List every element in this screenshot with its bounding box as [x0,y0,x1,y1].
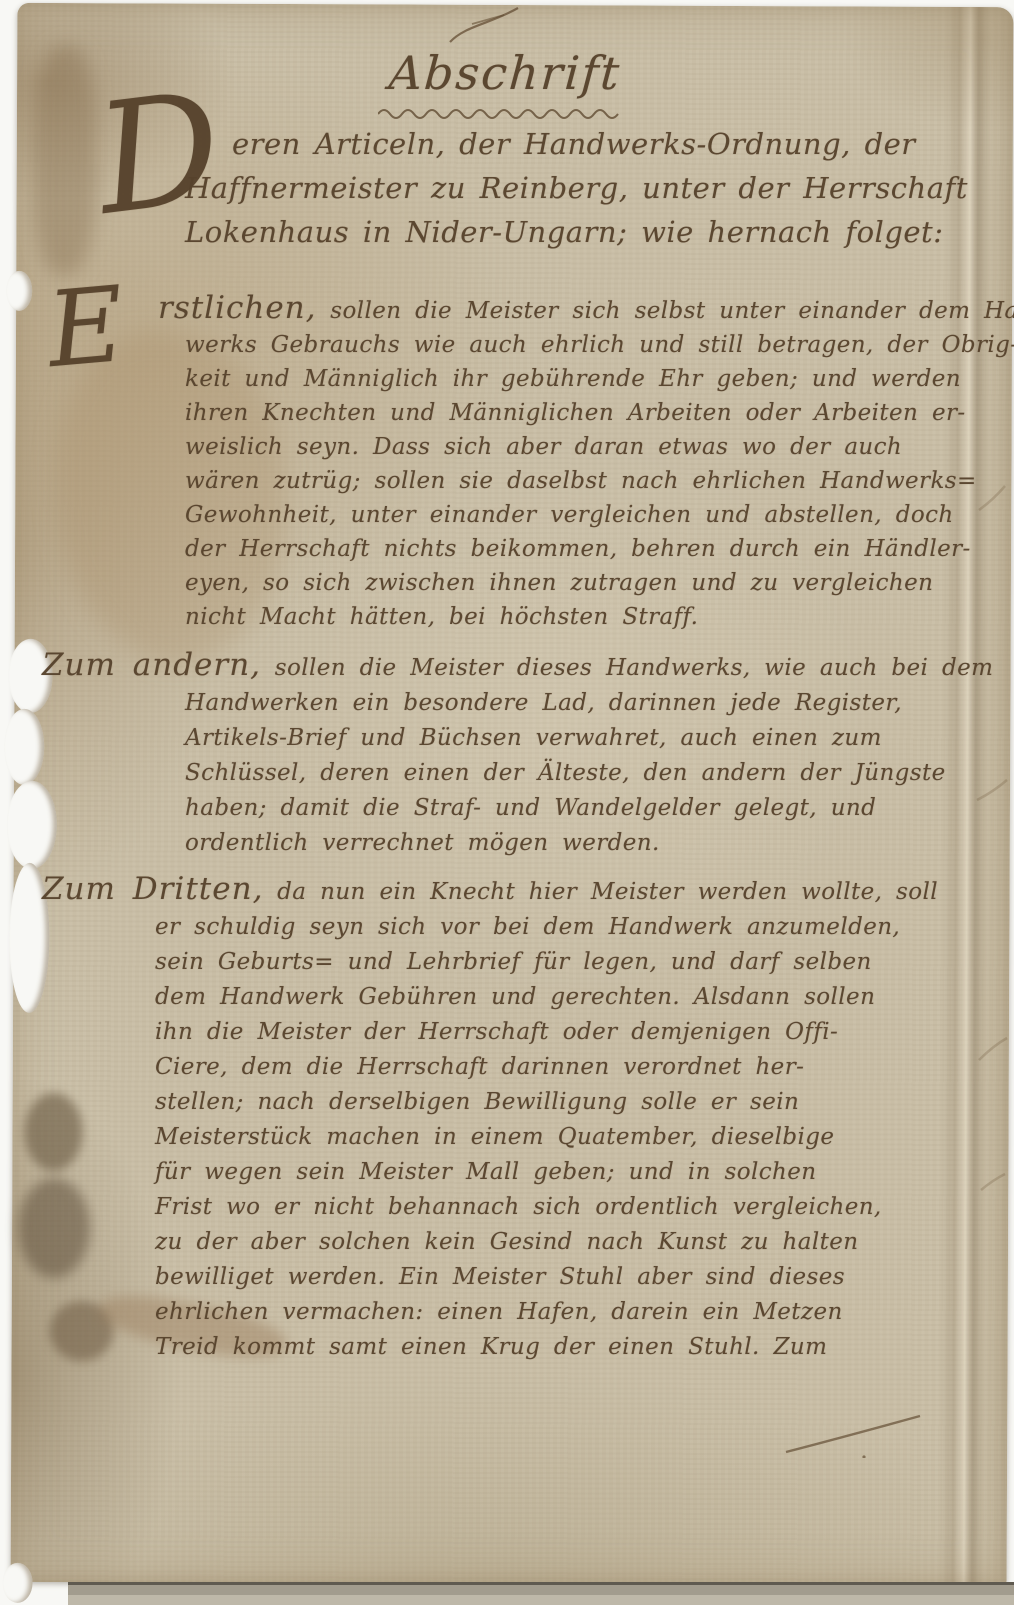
heading-line: eren Articeln, der Handwerks-Ordnung, de… [100,122,980,166]
text-line: eyen, so sich zwischen ihnen zutragen un… [60,566,960,600]
text-line: ordentlich verrechnet mögen werden. [42,826,972,861]
text-line: nicht Macht hätten, bei höchsten Straff. [60,600,960,634]
text-line: Artikels-Brief und Büchsen verwahret, au… [42,721,972,756]
text-line: sein Geburts= und Lehrbrief für legen, u… [42,945,972,980]
text-line: er schuldig seyn sich vor bei dem Handwe… [42,910,972,945]
text-line: sollen die Meister sich selbst unter ein… [330,298,1014,324]
paragraph-erstlichen: E rstlichen, sollen die Meister sich sel… [60,291,960,634]
paragraph-zum-andern: Zum andern, sollen die Meister dieses Ha… [42,648,972,861]
text-line: Ciere, dem die Herrschaft darinnen veror… [42,1050,972,1085]
pen-stroke-flourish [780,1408,930,1458]
text-line: Frist wo er nicht behannach sich ordentl… [42,1190,972,1225]
text-line: werks Gebrauchs wie auch ehrlich und sti… [60,328,960,362]
heading: D eren Articeln, der Handwerks-Ordnung, … [100,122,980,254]
text-line: ehrlichen vermachen: einen Hafen, darein… [42,1295,972,1330]
document-title: Abschrift [358,46,652,100]
text-line: keit und Männiglich ihr gebührende Ehr g… [60,362,960,396]
heading-line: Haffnermeister zu Reinberg, unter der He… [100,166,980,210]
text-line: Zum Dritten, da nun ein Knecht hier Meis… [42,872,972,910]
pen-mark-top [420,0,530,46]
text-line: Schlüssel, deren einen der Älteste, den … [42,756,972,791]
text-line: rstlichen, sollen die Meister sich selbs… [60,291,960,328]
torn-edge-notch [6,271,32,311]
text-line: Handwerken ein besondere Lad, darinnen j… [42,686,972,721]
paragraph-zum-dritten: Zum Dritten, da nun ein Knecht hier Meis… [42,872,972,1365]
ornate-initial-d: D [89,71,229,237]
paragraph-lead: rstlichen, [158,290,317,326]
text-line: Zum andern, sollen die Meister dieses Ha… [42,648,972,686]
text-line: weislich seyn. Dass sich aber daran etwa… [60,430,960,464]
text-line: Meisterstück machen in einem Quatember, … [42,1120,972,1155]
text-line: der Herrschaft nichts beikommen, behren … [60,532,960,566]
heading-line: Lokenhaus in Nider-Ungarn; wie hernach f… [100,210,980,254]
text-line: Gewohnheit, unter einander vergleichen u… [60,498,960,532]
paragraph-lead: Zum andern, [42,647,261,683]
scan-background: Abschrift D eren Articeln, der Handwerks… [0,0,1014,1605]
torn-edge-notch [4,709,44,785]
text-line: haben; damit die Straf- und Wandelgelder… [42,791,972,826]
paragraph-lead: Zum Dritten, [42,871,263,907]
text-line: bewilliget werden. Ein Meister Stuhl abe… [42,1260,972,1295]
ornate-initial-e: E [44,272,129,382]
text-line: dem Handwerk Gebühren und gerechten. Als… [42,980,972,1015]
title-underline-flourish [378,106,628,120]
text-line: wären zutrüg; sollen sie daselbst nach e… [60,464,960,498]
bleed-through-marks [975,180,1011,1280]
underlying-page-edge [68,1582,1014,1605]
text-line: sollen die Meister dieses Handwerks, wie… [275,655,994,681]
text-line: für wegen sein Meister Mall geben; und i… [42,1155,972,1190]
text-line: stellen; nach derselbigen Bewilligung so… [42,1085,972,1120]
text-line: zu der aber solchen kein Gesind nach Kun… [42,1225,972,1260]
torn-edge-notch [2,1563,32,1603]
text-line: ihren Knechten und Männiglichen Arbeiten… [60,396,960,430]
text-line: da nun ein Knecht hier Meister werden wo… [277,879,938,905]
text-line: ihn die Meister der Herrschaft oder demj… [42,1015,972,1050]
text-line: Treid kommt samt einen Krug der einen St… [42,1330,972,1365]
